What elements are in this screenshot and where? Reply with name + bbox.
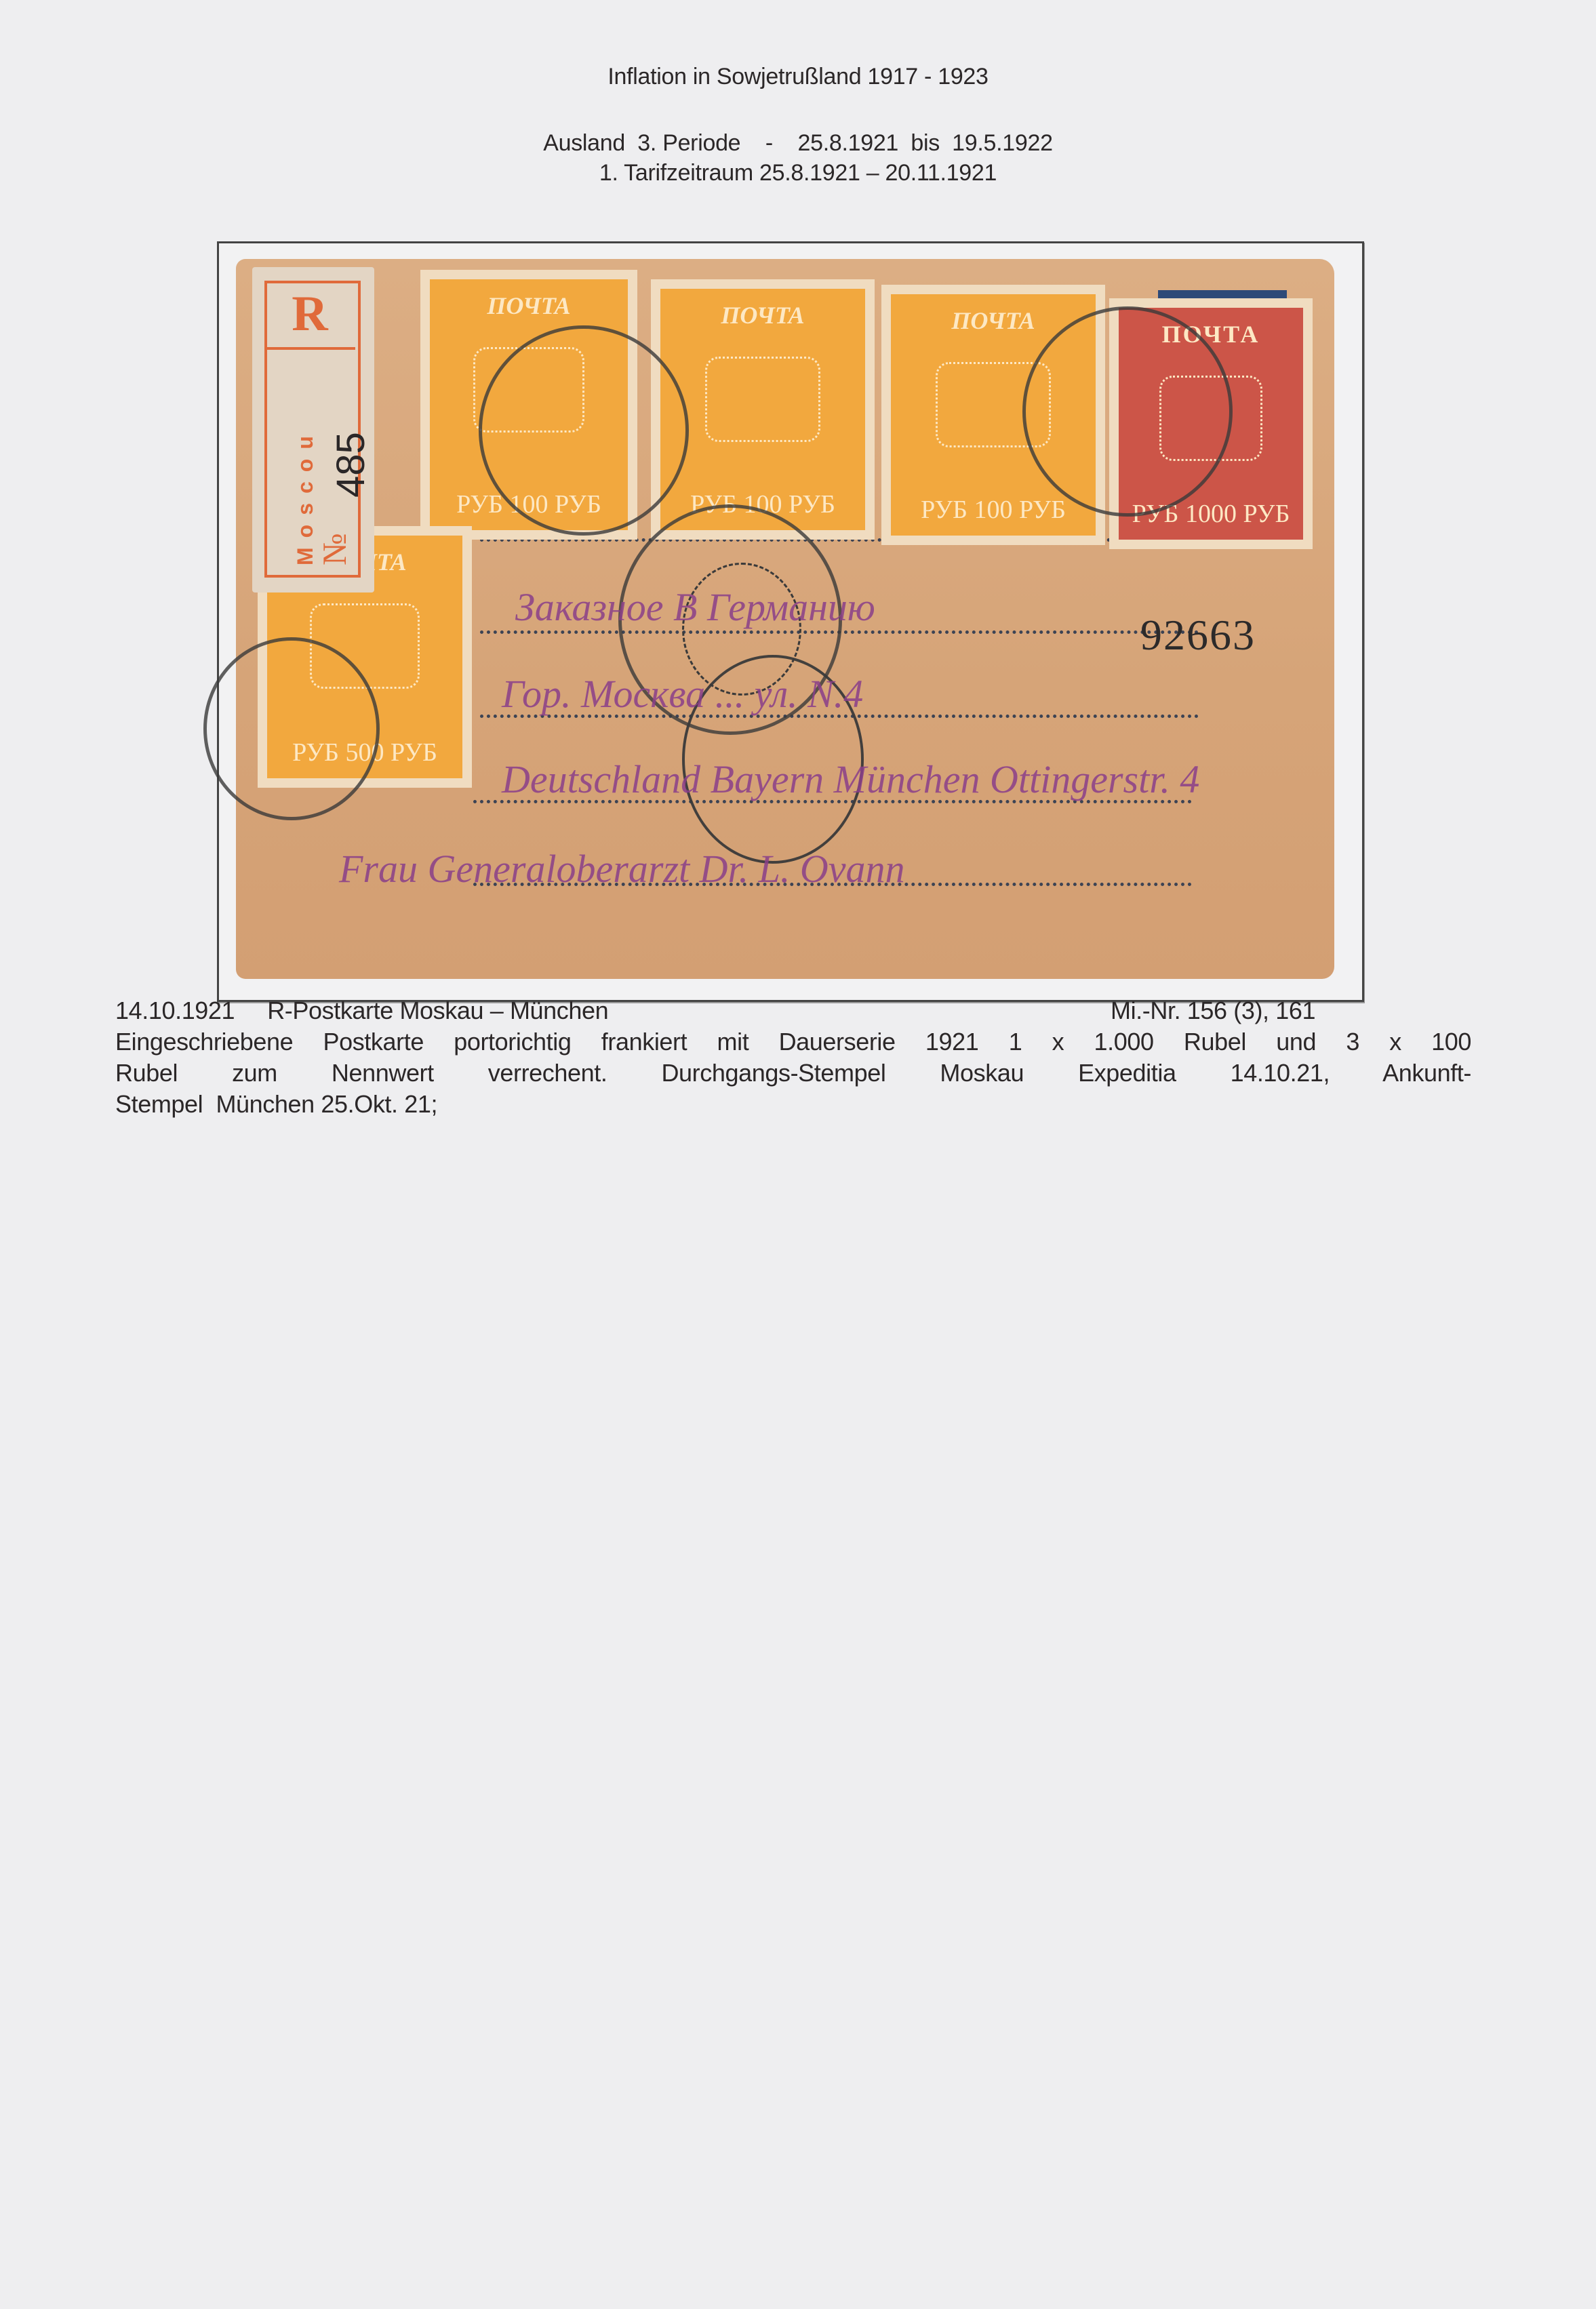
stamp-value: РУБ 100 РУБ (891, 495, 1096, 525)
registration-number: 485 (328, 432, 374, 498)
description-line: Stempel München 25.Okt. 21; (115, 1090, 437, 1119)
registration-letter: R (264, 281, 355, 350)
postmark-moscow (1022, 306, 1233, 517)
registration-number-print: 92663 (1140, 610, 1256, 660)
registration-label: R Moscou № 485 (252, 267, 374, 593)
handwritten-line-1: Заказное В Германию (515, 584, 875, 630)
period-subtitle: Ausland 3. Periode - 25.8.1921 bis 19.5.… (0, 130, 1596, 157)
postmark-moscow (479, 325, 689, 536)
registration-number-prefix: № (315, 533, 354, 565)
catalog-number: Mi.-Nr. 156 (3), 161 (1111, 997, 1315, 1025)
postmark-moscow (203, 637, 380, 820)
handwritten-line-2: Гор. Москва ... ул. N.4 (502, 671, 863, 717)
item-date: 14.10.1921 (115, 997, 235, 1024)
description-line: Rubel zum Nennwert verrechent. Durchgang… (115, 1059, 1471, 1087)
stamp-emblem (705, 357, 820, 442)
handwritten-line-3: Deutschland Bayern München Ottingerstr. … (502, 757, 1199, 802)
item-header: 14.10.1921 R-Postkarte Moskau – München (115, 997, 608, 1025)
stamp-inscription: ПОЧТА (430, 292, 628, 320)
stamp-inscription: ПОЧТА (660, 301, 865, 329)
description-line: Eingeschriebene Postkarte portorichtig f… (115, 1028, 1471, 1056)
tariff-subtitle: 1. Tarifzeitraum 25.8.1921 – 20.11.1921 (0, 160, 1596, 186)
handwritten-line-4: Frau Generaloberarzt Dr. L. Ovann (339, 846, 905, 891)
page-title: Inflation in Sowjetrußland 1917 - 1923 (0, 64, 1596, 90)
item-title: R-Postkarte Moskau – München (267, 997, 608, 1024)
